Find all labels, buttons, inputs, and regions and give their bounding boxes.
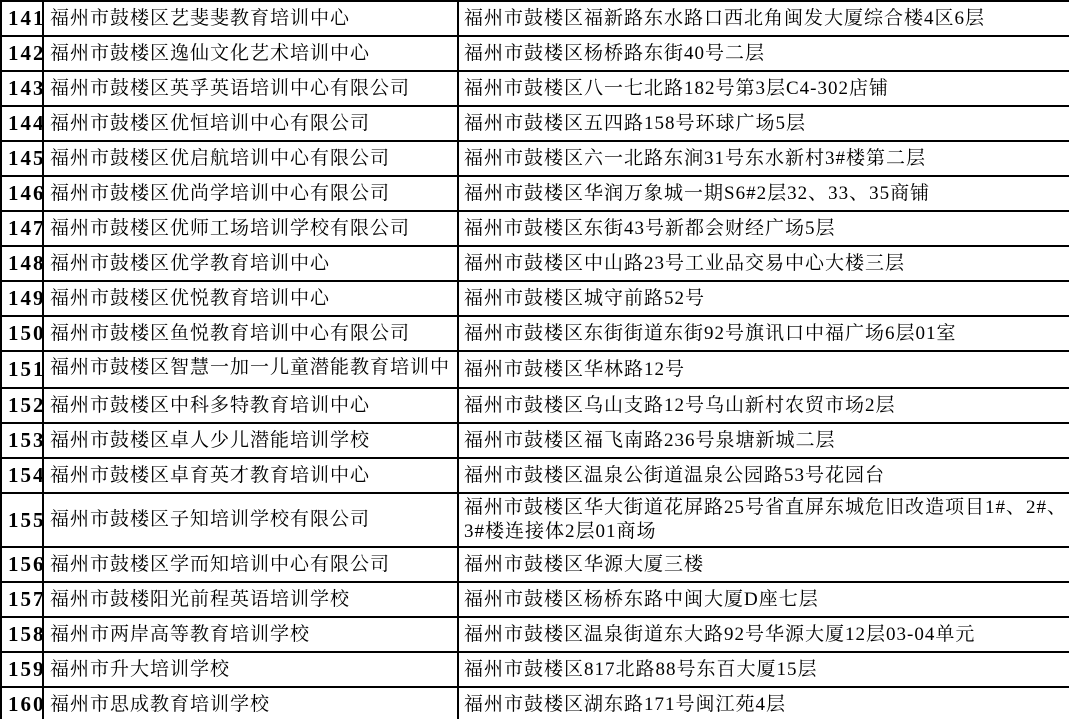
row-number-cell: 147 [1,211,43,246]
address-cell: 福州市鼓楼区东街街道东街92号旗讯口中福广场6层01室 [458,316,1069,351]
address-cell: 福州市鼓楼区八一七北路182号第3层C4-302店铺 [458,71,1069,106]
row-number-cell: 158 [1,617,43,652]
row-number-cell: 157 [1,582,43,617]
row-number-cell: 148 [1,246,43,281]
institution-name-cell: 福州市升大培训学校 [43,652,458,687]
institution-name-cell: 福州市鼓楼区优尚学培训中心有限公司 [43,176,458,211]
address-cell: 福州市鼓楼区福新路东水路口西北角闽发大厦综合楼4区6层 [458,1,1069,36]
table-row: 145福州市鼓楼区优启航培训中心有限公司福州市鼓楼区六一北路东涧31号东水新村3… [1,141,1069,176]
address-cell: 福州市鼓楼区华大街道花屏路25号省直屏东城危旧改造项目1#、2#、3#楼连接体2… [458,493,1069,547]
row-number-cell: 144 [1,106,43,141]
table-row: 144福州市鼓楼区优恒培训中心有限公司福州市鼓楼区五四路158号环球广场5层 [1,106,1069,141]
address-cell: 福州市鼓楼区华源大厦三楼 [458,547,1069,582]
institution-name-cell: 福州市鼓楼区优师工场培训学校有限公司 [43,211,458,246]
table-row: 151福州市鼓楼区智慧一加一儿童潜能教育培训中心福州市鼓楼区华林路12号 [1,351,1069,388]
table-row: 154福州市鼓楼区卓育英才教育培训中心福州市鼓楼区温泉公街道温泉公园路53号花园… [1,458,1069,493]
institution-name-cell: 福州市鼓楼区卓人少儿潜能培训学校 [43,423,458,458]
row-number-cell: 155 [1,493,43,547]
row-number-cell: 143 [1,71,43,106]
table-row: 141福州市鼓楼区艺斐斐教育培训中心福州市鼓楼区福新路东水路口西北角闽发大厦综合… [1,1,1069,36]
institution-name-cell: 福州市鼓楼区智慧一加一儿童潜能教育培训中心 [43,351,458,388]
row-number-cell: 156 [1,547,43,582]
institution-name-cell: 福州市鼓楼区英孚英语培训中心有限公司 [43,71,458,106]
address-cell: 福州市鼓楼区城守前路52号 [458,281,1069,316]
table-row: 150福州市鼓楼区鱼悦教育培训中心有限公司福州市鼓楼区东街街道东街92号旗讯口中… [1,316,1069,351]
institution-name-cell: 福州市鼓楼区中科多特教育培训中心 [43,388,458,423]
table-row: 143福州市鼓楼区英孚英语培训中心有限公司福州市鼓楼区八一七北路182号第3层C… [1,71,1069,106]
row-number-cell: 149 [1,281,43,316]
institution-name-cell: 福州市鼓楼区卓育英才教育培训中心 [43,458,458,493]
address-cell: 福州市鼓楼区湖东路171号闽江苑4层 [458,687,1069,719]
institution-name-clipped-text: 福州市鼓楼区智慧一加一儿童潜能教育培训中心 [50,352,455,387]
row-number-cell: 160 [1,687,43,719]
training-centers-table: 141福州市鼓楼区艺斐斐教育培训中心福州市鼓楼区福新路东水路口西北角闽发大厦综合… [0,0,1069,719]
institution-name-cell: 福州市鼓楼区逸仙文化艺术培训中心 [43,36,458,71]
row-number-cell: 142 [1,36,43,71]
table-row: 148福州市鼓楼区优学教育培训中心福州市鼓楼区中山路23号工业品交易中心大楼三层 [1,246,1069,281]
institution-name-cell: 福州市鼓楼区优学教育培训中心 [43,246,458,281]
address-cell: 福州市鼓楼区五四路158号环球广场5层 [458,106,1069,141]
address-cell: 福州市鼓楼区杨桥东路中闽大厦D座七层 [458,582,1069,617]
row-number-cell: 159 [1,652,43,687]
table-row: 152福州市鼓楼区中科多特教育培训中心福州市鼓楼区乌山支路12号乌山新村农贸市场… [1,388,1069,423]
address-cell: 福州市鼓楼区福飞南路236号泉塘新城二层 [458,423,1069,458]
table-row: 158福州市两岸高等教育培训学校福州市鼓楼区温泉街道东大路92号华源大厦12层0… [1,617,1069,652]
address-cell: 福州市鼓楼区杨桥路东街40号二层 [458,36,1069,71]
table-row: 147福州市鼓楼区优师工场培训学校有限公司福州市鼓楼区东街43号新都会财经广场5… [1,211,1069,246]
address-cell: 福州市鼓楼区817北路88号东百大厦15层 [458,652,1069,687]
table-row: 155福州市鼓楼区子知培训学校有限公司福州市鼓楼区华大街道花屏路25号省直屏东城… [1,493,1069,547]
row-number-cell: 153 [1,423,43,458]
institution-name-cell: 福州市思成教育培训学校 [43,687,458,719]
row-number-cell: 154 [1,458,43,493]
row-number-cell: 145 [1,141,43,176]
row-number-cell: 141 [1,1,43,36]
institution-name-cell: 福州市两岸高等教育培训学校 [43,617,458,652]
address-cell: 福州市鼓楼区六一北路东涧31号东水新村3#楼第二层 [458,141,1069,176]
table-row: 157福州市鼓楼阳光前程英语培训学校福州市鼓楼区杨桥东路中闽大厦D座七层 [1,582,1069,617]
address-cell: 福州市鼓楼区华林路12号 [458,351,1069,388]
table-row: 146福州市鼓楼区优尚学培训中心有限公司福州市鼓楼区华润万象城一期S6#2层32… [1,176,1069,211]
address-cell: 福州市鼓楼区东街43号新都会财经广场5层 [458,211,1069,246]
address-cell: 福州市鼓楼区乌山支路12号乌山新村农贸市场2层 [458,388,1069,423]
institution-name-cell: 福州市鼓楼区子知培训学校有限公司 [43,493,458,547]
institution-name-cell: 福州市鼓楼区优悦教育培训中心 [43,281,458,316]
address-cell: 福州市鼓楼区温泉公街道温泉公园路53号花园台 [458,458,1069,493]
table-row: 160福州市思成教育培训学校福州市鼓楼区湖东路171号闽江苑4层 [1,687,1069,719]
row-number-cell: 146 [1,176,43,211]
row-number-cell: 152 [1,388,43,423]
table-row: 156福州市鼓楼区学而知培训中心有限公司福州市鼓楼区华源大厦三楼 [1,547,1069,582]
address-cell: 福州市鼓楼区华润万象城一期S6#2层32、33、35商铺 [458,176,1069,211]
address-cell: 福州市鼓楼区中山路23号工业品交易中心大楼三层 [458,246,1069,281]
institution-name-cell: 福州市鼓楼区优启航培训中心有限公司 [43,141,458,176]
row-number-cell: 150 [1,316,43,351]
institution-name-cell: 福州市鼓楼区鱼悦教育培训中心有限公司 [43,316,458,351]
institution-name-cell: 福州市鼓楼区艺斐斐教育培训中心 [43,1,458,36]
table-row: 159福州市升大培训学校福州市鼓楼区817北路88号东百大厦15层 [1,652,1069,687]
table-body: 141福州市鼓楼区艺斐斐教育培训中心福州市鼓楼区福新路东水路口西北角闽发大厦综合… [1,1,1069,719]
institution-name-cell: 福州市鼓楼区优恒培训中心有限公司 [43,106,458,141]
table-row: 153福州市鼓楼区卓人少儿潜能培训学校福州市鼓楼区福飞南路236号泉塘新城二层 [1,423,1069,458]
row-number-cell: 151 [1,351,43,388]
table-row: 142福州市鼓楼区逸仙文化艺术培训中心福州市鼓楼区杨桥路东街40号二层 [1,36,1069,71]
institution-name-cell: 福州市鼓楼阳光前程英语培训学校 [43,582,458,617]
table-row: 149福州市鼓楼区优悦教育培训中心福州市鼓楼区城守前路52号 [1,281,1069,316]
institution-name-cell: 福州市鼓楼区学而知培训中心有限公司 [43,547,458,582]
address-cell: 福州市鼓楼区温泉街道东大路92号华源大厦12层03-04单元 [458,617,1069,652]
